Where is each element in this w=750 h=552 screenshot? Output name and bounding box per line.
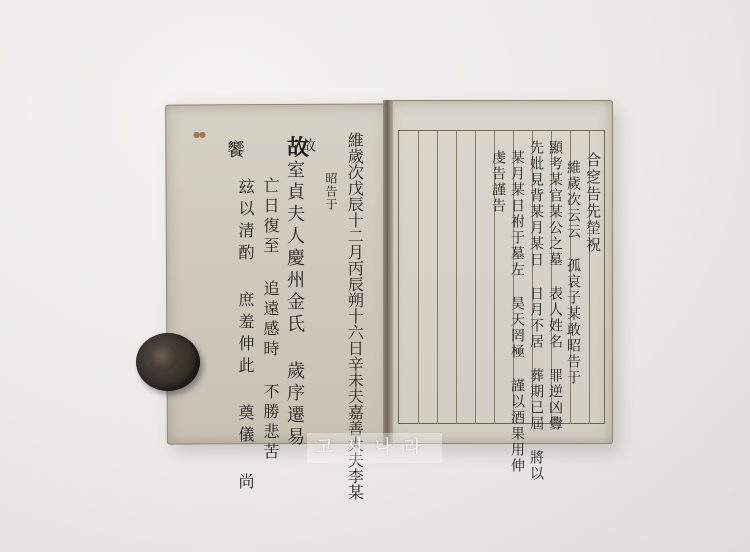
book-spine [383,100,393,445]
stain-dots: ●● [193,130,205,139]
left-header-big: 故 [287,137,311,159]
photo-scene: ●● 維歲次戊辰十二月丙辰朔十六日辛未夫嘉善大夫李某 昭告于 故 室貞夫人慶州金… [0,0,750,552]
watermark-label: 고서나라 [307,433,442,463]
brass-weight [136,333,200,391]
right-col-2: 維歲次云云 孤哀子某敢昭告于 [566,160,580,386]
rule-line [475,131,476,423]
right-col-6: 虔告謹告 [491,150,505,214]
right-col-title: 合窆告先塋祝 [585,152,600,254]
right-col-3: 顯考某官某公之墓 表人姓名 罪逆凶釁 [548,140,562,432]
rule-line [437,131,438,423]
rule-line [418,131,419,423]
weight-knob [148,343,178,371]
right-col-4: 先妣見背某月某日 日月不居 葬期已屆 將以 [529,140,543,482]
rule-line [456,131,457,423]
column-text: 維 [345,132,364,148]
left-col-6: 玆以清酌 庶羞伸此 奠儀 尚 [237,178,253,495]
left-col-4: 室貞夫人慶州金氏 歲序遷易 [285,160,303,449]
seal-character: 饗 [225,140,243,160]
left-col-2: 昭告于 [325,172,337,211]
right-col-5: 某月某日祔于墓左 昊天罔極 謹以酒果用伸 [510,150,524,474]
left-col-5: 亡日復至 追遠感時 不勝悲苦 [262,177,278,463]
